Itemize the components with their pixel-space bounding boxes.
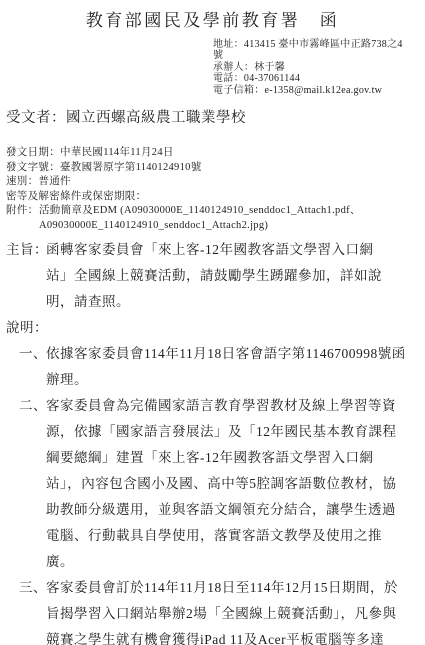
item-2-number: 二、: [19, 393, 47, 419]
doc-info-block: 發文日期：中華民國114年11月24日 發文字號：臺教國署原字第11401249…: [6, 146, 419, 234]
agency-contact-block: 地址：413415 臺中市霧峰區中正路738之4 號 承辦人：林于馨 電話：04…: [213, 39, 419, 96]
official-document: 教育部國民及學前教育署 函 地址：413415 臺中市霧峰區中正路738之4 號…: [0, 0, 425, 645]
attachment-label: 附件：: [6, 204, 38, 219]
item-2-text: 客家委員會為完備國家語言教育學習教材及線上學習等資 源，依據「國家語言發展法」及…: [46, 393, 419, 575]
attachment-filenames: 活動簡章及EDM (A09030000E_1140124910_senddoc1…: [39, 204, 419, 233]
doc-info-lines: 發文日期：中華民國114年11月24日 發文字號：臺教國署原字第11401249…: [6, 146, 419, 204]
subject-text: 函轉客家委員會「來上客-12年國教客語文學習入口網 站」全國線上競賽活動，請鼓勵…: [46, 237, 419, 315]
document-title: 教育部國民及學前教育署 函: [6, 10, 419, 32]
item-1-number: 一、: [19, 341, 47, 367]
explanation-item-3: 三、 客家委員會訂於114年11月18日至114年12月15日期間，於 旨揭學習…: [19, 575, 419, 645]
explanation-item-2: 二、 客家委員會為完備國家語言教育學習教材及線上學習等資 源，依據「國家語言發展…: [19, 393, 419, 575]
item-3-text: 客家委員會訂於114年11月18日至114年12月15日期間，於 旨揭學習入口網…: [46, 575, 419, 645]
recipient-line: 受文者：國立西螺高級農工職業學校: [6, 109, 419, 127]
item-1-text: 依據客家委員會114年11月18日客會語字第1146700998號函 辦理。: [46, 341, 419, 393]
subject-paragraph: 主旨： 函轉客家委員會「來上客-12年國教客語文學習入口網 站」全國線上競賽活動…: [6, 237, 419, 315]
subject-label: 主旨：: [6, 237, 48, 263]
explanation-item-1: 一、 依據客家委員會114年11月18日客會語字第1146700998號函 辦理…: [19, 341, 419, 393]
attachment-row: 附件： 活動簡章及EDM (A09030000E_1140124910_send…: [6, 204, 419, 233]
item-3-number: 三、: [19, 575, 47, 601]
explanation-heading: 說明：: [6, 315, 419, 341]
